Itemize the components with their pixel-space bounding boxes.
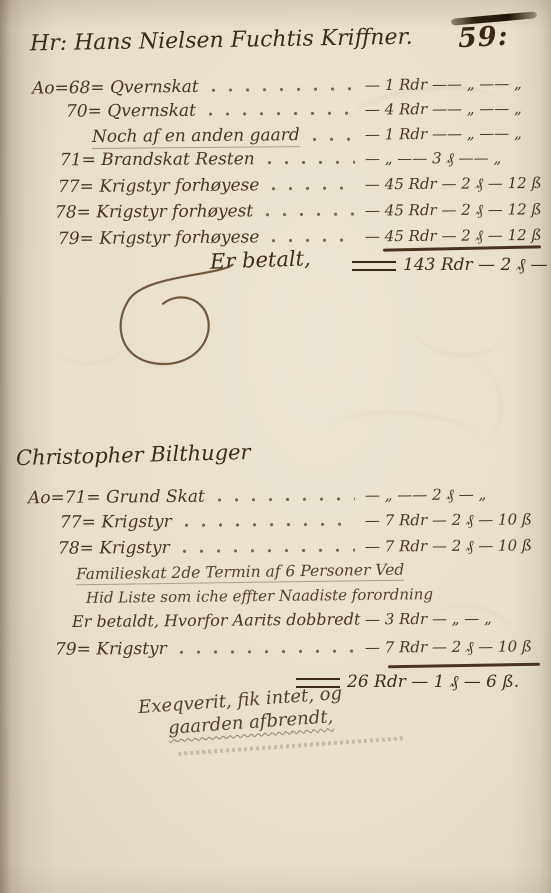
account-1-header: Hr: Hans Nielsen Fuchtis Kriffner. xyxy=(30,25,413,57)
dot-leader xyxy=(271,237,355,243)
ledger-row: Noch af en anden gaard — 1 Rdr —— „ —— „ xyxy=(92,123,537,149)
entry-label: Noch af en anden gaard xyxy=(92,125,300,149)
ledger-row: 77= Krigstyr forhøyese — 45 Rdr — 2 ₰ — … xyxy=(58,173,537,197)
entry-amount: — 1 Rdr —— „ —— „ xyxy=(365,74,537,94)
ledger-row: 78= Krigstyr — 7 Rdr — 2 ₰ — 10 ß xyxy=(58,535,537,558)
bleedthrough-mark xyxy=(427,358,505,453)
entry-amount: — 7 Rdr — 2 ₰ — 10 ß xyxy=(365,510,537,530)
entry-label: Er betaldt, Hvorfor Aarits dobbredt xyxy=(72,610,361,632)
entry-amount: — „ —— 3 ₰ —— „ xyxy=(365,149,537,169)
sum-rule xyxy=(383,245,541,251)
entry-amount: — 45 Rdr — 2 ₰ — 12 ß xyxy=(365,174,537,195)
dot-leader xyxy=(184,521,355,527)
entry-amount: — „ —— 2 ₰ — „ xyxy=(365,485,537,506)
bleedthrough-mark xyxy=(404,283,512,362)
account-2-total: 26 Rdr — 1 ₰ — 6 ß. xyxy=(347,672,519,692)
dot-leader xyxy=(211,86,355,93)
ledger-row: 79= Krigstyr — 7 Rdr — 2 ₰ — 10 ß xyxy=(55,636,537,659)
entry-label: 77= Krigstyr forhøyese xyxy=(58,175,260,197)
entry-amount: — 1 Rdr —— „ —— „ xyxy=(365,124,537,144)
dot-leader xyxy=(179,648,355,654)
dot-leader xyxy=(217,496,355,502)
account-1-total: 143 Rdr — 2 ₰ — 12 ß xyxy=(403,255,551,275)
dot-leader xyxy=(312,136,355,141)
pen-flourish xyxy=(104,257,271,378)
entry-amount: — 7 Rdr — 2 ₰ — 10 ß xyxy=(365,637,537,657)
entry-label: 79= Krigstyr forhøyese xyxy=(58,227,260,249)
double-rule xyxy=(352,261,396,271)
dot-leader xyxy=(271,185,355,191)
note-line-1: Familieskat 2de Termin af 6 Personer Ved xyxy=(76,561,404,586)
bleedthrough-mark xyxy=(329,407,482,463)
ledger-row: 71= Brandskat Resten — „ —— 3 ₰ —— „ xyxy=(60,148,537,170)
dot-leader xyxy=(267,159,355,164)
pencil-smudge xyxy=(178,736,404,756)
entry-label: 77= Krigstyr xyxy=(60,512,172,533)
manuscript-page: 59: Hr: Hans Nielsen Fuchtis Kriffner. A… xyxy=(0,0,551,893)
sum-rule xyxy=(388,663,540,669)
entry-amount: — 7 Rdr — 2 ₰ — 10 ß xyxy=(365,536,537,556)
dot-leader xyxy=(265,211,355,217)
ledger-row: 77= Krigstyr — 7 Rdr — 2 ₰ — 10 ß xyxy=(60,509,537,532)
entry-label: 78= Krigstyr forhøyest xyxy=(55,201,253,222)
page-number: 59: xyxy=(457,21,509,55)
entry-label: 70= Qvernskat xyxy=(66,101,196,122)
entry-label: 79= Krigstyr xyxy=(55,639,167,660)
entry-amount: — 45 Rdr — 2 ₰ — 12 ß xyxy=(365,200,537,220)
entry-amount: — 45 Rdr — 2 ₰ — 12 ß xyxy=(365,226,537,247)
dot-leader xyxy=(182,547,355,553)
ledger-row: 70= Qvernskat — 4 Rdr —— „ —— „ xyxy=(66,98,537,121)
ledger-row: 78= Krigstyr forhøyest — 45 Rdr — 2 ₰ — … xyxy=(55,199,537,222)
entry-label: 71= Brandskat Resten xyxy=(60,149,255,170)
entry-label: Ao=71= Grund Skat xyxy=(28,487,205,509)
ledger-row: Ao=71= Grund Skat — „ —— 2 ₰ — „ xyxy=(28,484,537,508)
entry-amount: — 4 Rdr —— „ —— „ xyxy=(365,99,537,118)
entry-amount: — 3 Rdr — „ — „ xyxy=(365,609,537,629)
note-line-2: Hid Liste som iche effter Naadiste foror… xyxy=(86,585,433,607)
ledger-row: Er betaldt, Hvorfor Aarits dobbredt — 3 … xyxy=(72,608,537,631)
dot-leader xyxy=(208,110,355,116)
entry-label: 78= Krigstyr xyxy=(58,538,170,559)
ledger-row: 79= Krigstyr forhøyese — 45 Rdr — 2 ₰ — … xyxy=(58,225,537,249)
entry-label: Ao=68= Qvernskat xyxy=(32,77,199,99)
total-line: 143 Rdr — 2 ₰ — 12 ß xyxy=(352,255,551,275)
ledger-row: Ao=68= Qvernskat — 1 Rdr —— „ —— „ xyxy=(32,73,537,98)
account-2-header: Christopher Bilthuger xyxy=(16,440,251,470)
